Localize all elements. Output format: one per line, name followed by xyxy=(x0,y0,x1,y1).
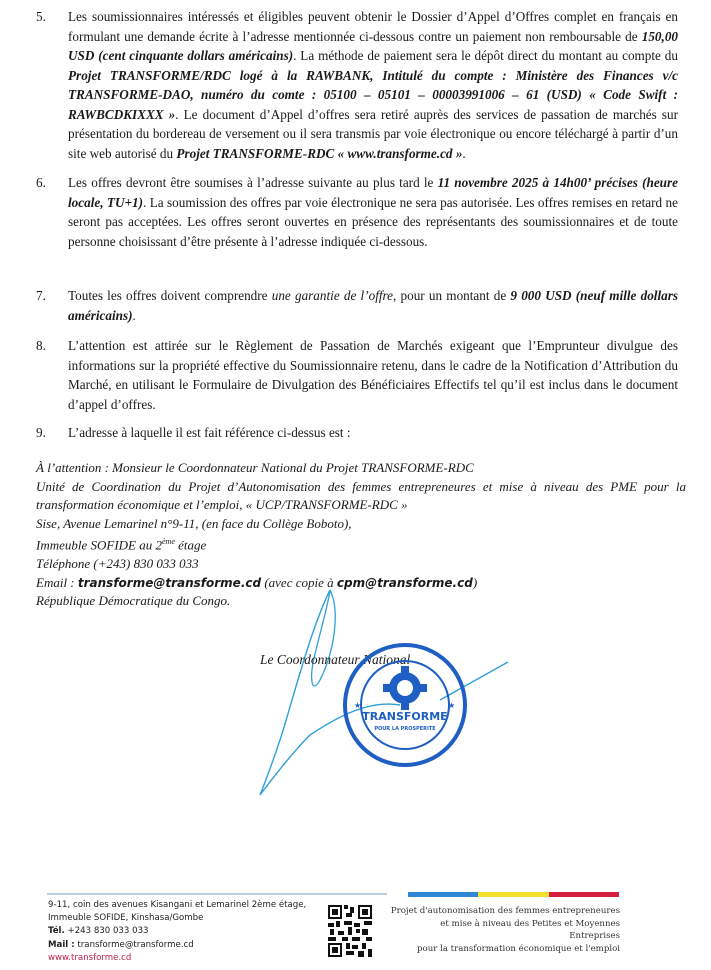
svg-text:★: ★ xyxy=(448,701,455,710)
item-9: 9. L’adresse à laquelle il est fait réfé… xyxy=(68,423,678,443)
address-phone: Téléphone (+243) 830 033 033 xyxy=(36,555,686,574)
email-link[interactable]: transforme@transforme.cd xyxy=(78,576,261,590)
address-building: Immeuble SOFIDE au 2ème étage xyxy=(36,533,686,555)
address-unit: Unité de Coordination du Projet d’Autono… xyxy=(36,478,686,515)
svg-text:★: ★ xyxy=(354,701,361,710)
item-number: 7. xyxy=(36,286,46,306)
svg-text:POUR LA PROSPERITE: POUR LA PROSPERITE xyxy=(374,726,436,732)
footer-contact: 9-11, coin des avenues Kisangani et Lema… xyxy=(48,899,306,965)
item-6: 6. Les offres devront être soumises à l’… xyxy=(68,173,678,251)
address-street: Sise, Avenue Lemarinel n°9-11, (en face … xyxy=(36,515,686,534)
footer-mail-link[interactable]: transforme@transforme.cd xyxy=(75,940,194,950)
footer-project-description: Projet d'autonomisation des femmes entre… xyxy=(390,905,620,955)
item-number: 5. xyxy=(36,7,46,27)
item-5: 5. Les soumissionnaires intéressés et él… xyxy=(68,7,678,163)
footer-divider xyxy=(47,893,387,895)
flag-stripe-red xyxy=(549,892,619,897)
official-stamp-icon: TRANSFORME POUR LA PROSPERITE ★ ★ xyxy=(340,640,470,770)
address-attention: À l’attention : Monsieur le Coordonnateu… xyxy=(36,459,686,478)
item-7: 7. Toutes les offres doivent comprendre … xyxy=(68,286,678,325)
address-block: À l’attention : Monsieur le Coordonnateu… xyxy=(36,459,686,611)
flag-stripe-blue xyxy=(408,892,478,897)
item-8: 8. L’attention est attirée sur le Règlem… xyxy=(68,336,678,414)
qr-code-icon xyxy=(328,905,372,957)
item-number: 8. xyxy=(36,336,46,356)
flag-stripe-yellow xyxy=(478,892,549,897)
item-number: 9. xyxy=(36,423,46,443)
svg-text:TRANSFORME: TRANSFORME xyxy=(362,710,447,723)
footer-website-link[interactable]: www.transforme.cd xyxy=(48,952,306,965)
email-copy-link[interactable]: cpm@transforme.cd xyxy=(337,576,473,590)
item-number: 6. xyxy=(36,173,46,193)
